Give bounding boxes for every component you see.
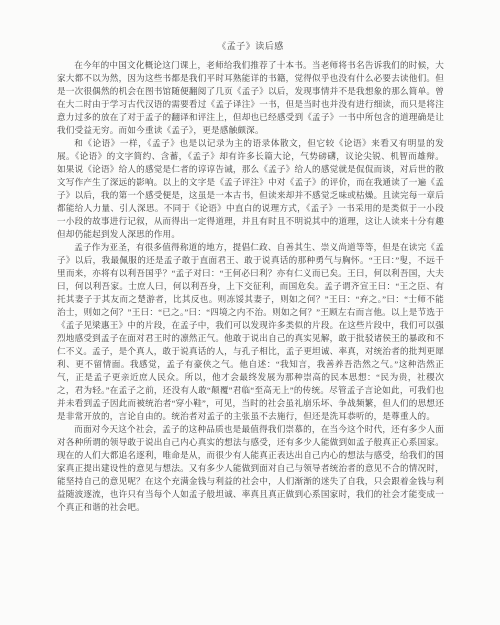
document-page: 《孟子》读后感 在今年的中国文化概论这门课上，老师给我们推荐了十本书。当老师将书… — [0, 0, 500, 625]
document-body: 在今年的中国文化概论这门课上，老师给我们推荐了十本书。当老师将书名告诉我们的时候… — [57, 59, 444, 514]
paragraph-4: 而面对今天这个社会，孟子的这种品质也是最值得我们崇慕的，在当今这个时代，还有多少… — [57, 423, 444, 514]
document-title: 《孟子》读后感 — [57, 40, 444, 53]
paragraph-2: 和《论语》一样，《孟子》也是以记录为主的语录体散文，但它较《论语》来看又有明显的… — [57, 137, 444, 241]
paragraph-3: 孟子作为亚圣，有很多值得称道的地方，提倡仁政、自善其生、崇义尚道等等，但是在读完… — [57, 241, 444, 423]
paragraph-1: 在今年的中国文化概论这门课上，老师给我们推荐了十本书。当老师将书名告诉我们的时候… — [57, 59, 444, 137]
